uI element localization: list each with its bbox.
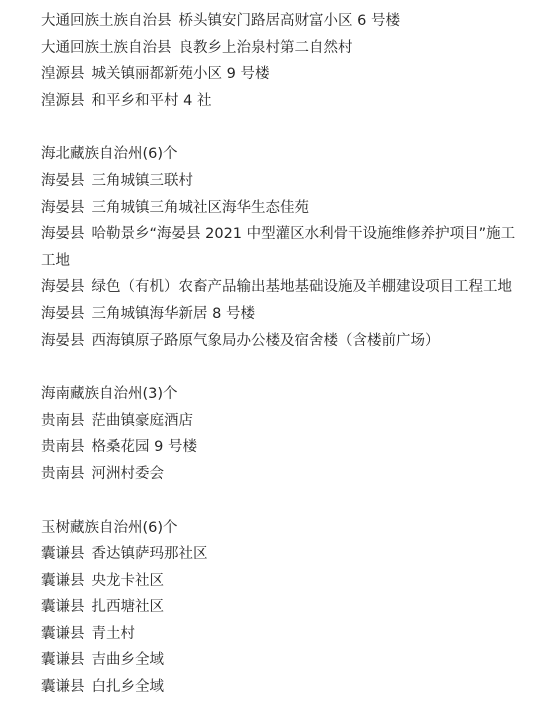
list-item: 贵南县茫曲镇豪庭酒店 — [41, 408, 557, 435]
place-name: 央龙卡社区 — [92, 573, 165, 589]
county-name: 海晏县 — [41, 173, 85, 189]
place-name: 扎西塘社区 — [92, 599, 165, 615]
list-item: 湟源县城关镇丽都新苑小区 9 号楼 — [41, 61, 557, 88]
section-heading: 玉树藏族自治州(6)个 — [41, 515, 557, 542]
place-name: 白扎乡全域 — [92, 679, 165, 695]
county-name: 湟源县 — [41, 66, 85, 82]
place-name: 三角城镇海华新居 8 号楼 — [92, 306, 255, 322]
section-hainan: 海南藏族自治州(3)个 贵南县茫曲镇豪庭酒店 贵南县格桑花园 9 号楼 贵南县河… — [41, 381, 557, 487]
list-item: 囊谦县吉曲乡全域 — [41, 647, 557, 674]
list-item: 囊谦县扎西塘社区 — [41, 594, 557, 621]
list-item: 海晏县三角城镇海华新居 8 号楼 — [41, 301, 557, 328]
list-item: 贵南县河洲村委会 — [41, 461, 557, 488]
list-item: 大通回族土族自治县桥头镇安门路居高财富小区 6 号楼 — [41, 8, 557, 35]
county-name: 大通回族土族自治县 — [41, 13, 172, 29]
list-item: 囊谦县央龙卡社区 — [41, 568, 557, 595]
county-name: 海晏县 — [41, 333, 85, 349]
place-name: 茫曲镇豪庭酒店 — [92, 413, 194, 429]
county-name: 囊谦县 — [41, 546, 85, 562]
county-name: 贵南县 — [41, 439, 85, 455]
place-name: 绿色（有机）农畜产品输出基地基础设施及羊棚建设项目工程工地 — [92, 279, 513, 295]
list-item: 海晏县绿色（有机）农畜产品输出基地基础设施及羊棚建设项目工程工地 — [41, 274, 557, 301]
section-heading: 海南藏族自治州(3)个 — [41, 381, 557, 408]
place-name: 良教乡上治泉村第二自然村 — [179, 40, 353, 56]
county-name: 贵南县 — [41, 466, 85, 482]
list-item: 囊谦县青土村 — [41, 621, 557, 648]
list-item: 海晏县三角城镇三联村 — [41, 168, 557, 195]
section-haibei: 海北藏族自治州(6)个 海晏县三角城镇三联村 海晏县三角城镇三角城社区海华生态佳… — [41, 141, 557, 354]
place-name: 桥头镇安门路居高财富小区 6 号楼 — [179, 13, 400, 29]
county-name: 大通回族土族自治县 — [41, 40, 172, 56]
document-body: 大通回族土族自治县桥头镇安门路居高财富小区 6 号楼 大通回族土族自治县良教乡上… — [0, 0, 557, 701]
county-name: 囊谦县 — [41, 652, 85, 668]
place-name: 和平乡和平村 4 社 — [92, 93, 212, 109]
place-name: 格桑花园 9 号楼 — [92, 439, 197, 455]
list-item: 囊谦县白扎乡全域 — [41, 674, 557, 701]
county-name: 囊谦县 — [41, 599, 85, 615]
place-name: 青土村 — [92, 626, 136, 642]
county-name: 海晏县 — [41, 279, 85, 295]
county-name: 海晏县 — [41, 200, 85, 216]
place-name: 三角城镇三角城社区海华生态佳苑 — [92, 200, 310, 216]
county-name: 海晏县 — [41, 226, 85, 242]
list-item: 囊谦县香达镇萨玛那社区 — [41, 541, 557, 568]
section-xining-continued: 大通回族土族自治县桥头镇安门路居高财富小区 6 号楼 大通回族土族自治县良教乡上… — [41, 8, 557, 114]
place-name: 西海镇原子路原气象局办公楼及宿舍楼（含楼前广场） — [92, 333, 440, 349]
place-name: 三角城镇三联村 — [92, 173, 194, 189]
list-item: 海晏县西海镇原子路原气象局办公楼及宿舍楼（含楼前广场） — [41, 328, 557, 355]
place-name: 哈勒景乡“海晏县 2021 中型灌区水利骨干设施维修养护项目”施工 — [92, 226, 516, 242]
place-name: 河洲村委会 — [92, 466, 165, 482]
county-name: 囊谦县 — [41, 573, 85, 589]
list-item: 海晏县三角城镇三角城社区海华生态佳苑 — [41, 195, 557, 222]
county-name: 贵南县 — [41, 413, 85, 429]
county-name: 囊谦县 — [41, 679, 85, 695]
list-item-continuation: 工地 — [41, 248, 557, 275]
place-name: 香达镇萨玛那社区 — [92, 546, 208, 562]
list-item: 湟源县和平乡和平村 4 社 — [41, 88, 557, 115]
county-name: 囊谦县 — [41, 626, 85, 642]
place-name: 吉曲乡全域 — [92, 652, 165, 668]
county-name: 湟源县 — [41, 93, 85, 109]
section-heading: 海北藏族自治州(6)个 — [41, 141, 557, 168]
list-item: 贵南县格桑花园 9 号楼 — [41, 434, 557, 461]
list-item: 大通回族土族自治县良教乡上治泉村第二自然村 — [41, 35, 557, 62]
county-name: 海晏县 — [41, 306, 85, 322]
list-item: 海晏县哈勒景乡“海晏县 2021 中型灌区水利骨干设施维修养护项目”施工 — [41, 221, 557, 248]
section-yushu: 玉树藏族自治州(6)个 囊谦县香达镇萨玛那社区 囊谦县央龙卡社区 囊谦县扎西塘社… — [41, 515, 557, 701]
place-name: 城关镇丽都新苑小区 9 号楼 — [92, 66, 270, 82]
